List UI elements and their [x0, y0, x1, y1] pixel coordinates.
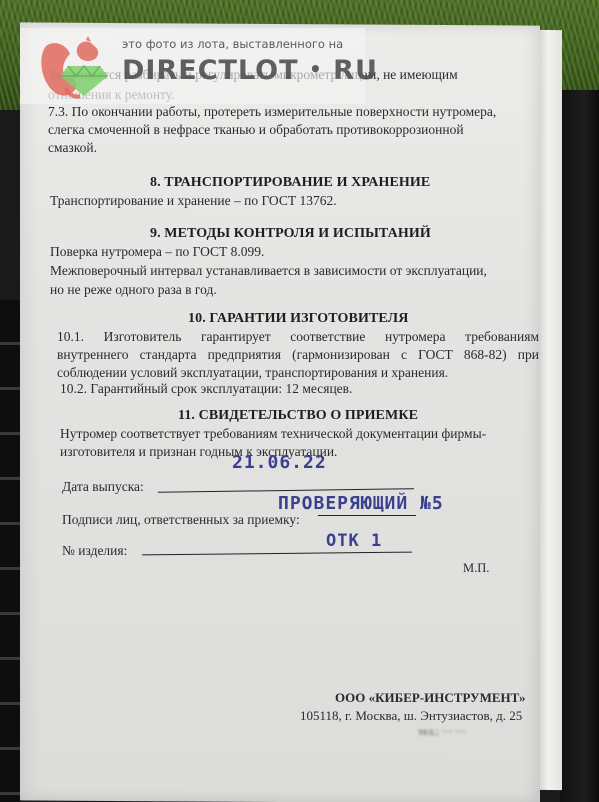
watermark-brand-right: RU [333, 55, 378, 86]
section10-title: 10. ГАРАНТИИ ИЗГОТОВИТЕЛЯ [188, 311, 408, 327]
watermark-brand: DIRECTLOT • RU [122, 55, 378, 86]
section9-line1: Поверка нутромера – по ГОСТ 8.099. [50, 244, 264, 260]
p73-line2: слегка смоченной в нефрасе тканью и обра… [48, 122, 464, 138]
squirrel-with-gem-icon [38, 36, 118, 102]
p101-line3: соблюдении условий эксплуатации, транспо… [57, 365, 448, 381]
document-content: Запрещается разбирать и регулировать мик… [0, 0, 599, 802]
p102: 10.2. Гарантийный срок эксплуатации: 12 … [60, 381, 352, 397]
section11-title: 11. СВИДЕТЕЛЬСТВО О ПРИЕМКЕ [178, 408, 418, 424]
p101-line2: внутреннего стандарта предприятия (гармо… [57, 347, 539, 363]
footer-phone: тел.: ··· ··· [418, 724, 466, 740]
signatures-stamp: ПРОВЕРЯЮЩИЙ №5 [278, 493, 444, 514]
section9-line2: Межповерочный интервал устанавливается в… [50, 263, 487, 279]
watermark-brand-left: DIRECTLOT [122, 55, 299, 86]
p101-line1: 10.1. Изготовитель гарантирует соответст… [57, 329, 539, 345]
section8-title: 8. ТРАНСПОРТИРОВАНИЕ И ХРАНЕНИЕ [150, 175, 430, 191]
footer-address: 105118, г. Москва, ш. Энтузиастов, д. 25 [300, 708, 522, 724]
signatures-label: Подписи лиц, ответственных за приемку: [62, 512, 300, 528]
section9-line3: но не реже одного раза в год. [50, 282, 217, 298]
footer-company: ООО «КИБЕР-ИНСТРУМЕНТ» [335, 690, 526, 706]
item-number-field-line [142, 552, 412, 556]
section11-line1: Нутромер соответствует требованиям техни… [60, 426, 486, 442]
release-date-label: Дата выпуска: [62, 479, 144, 495]
release-date-stamp: 21.06.22 [232, 452, 327, 473]
item-number-stamp: ОТК 1 [326, 531, 382, 551]
seal-label: М.П. [463, 560, 489, 576]
watermark-brand-dot: • [309, 57, 323, 81]
signatures-field-line [318, 515, 416, 516]
p73-line1: 7.3. По окончании работы, протереть изме… [48, 104, 496, 120]
watermark-caption: это фото из лота, выставленного на [122, 37, 343, 51]
item-number-label: № изделия: [62, 543, 127, 559]
p73-line3: смазкой. [48, 140, 97, 156]
section9-title: 9. МЕТОДЫ КОНТРОЛЯ И ИСПЫТАНИЙ [150, 226, 431, 242]
section8-text: Транспортирование и хранение – по ГОСТ 1… [50, 193, 337, 209]
